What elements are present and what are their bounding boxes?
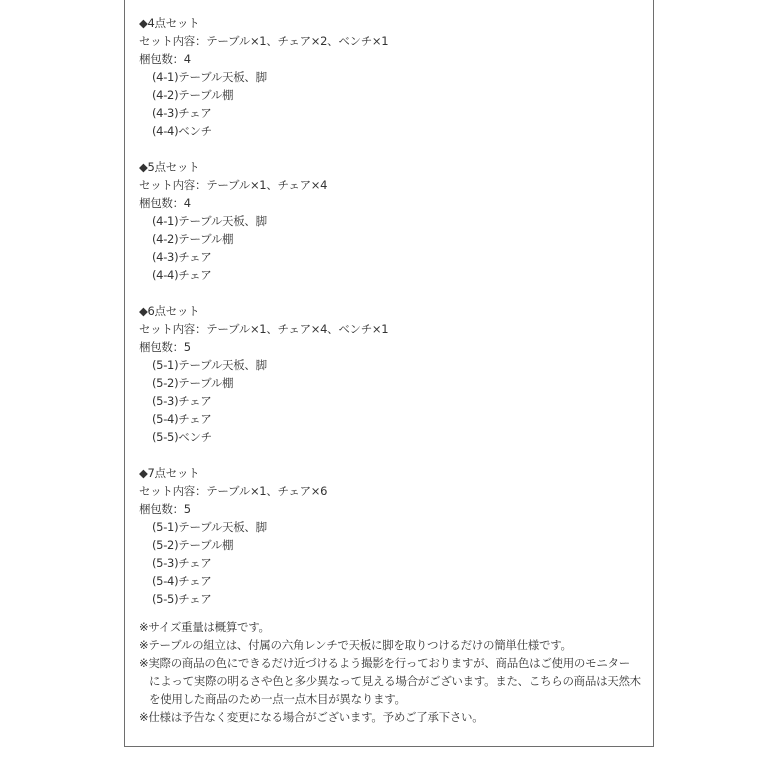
set-contents: セット内容：テーブル×1、チェア×2、ベンチ×1 xyxy=(139,32,645,50)
package-item: (5-4)チェア xyxy=(139,410,645,428)
set-title: ◆5点セット xyxy=(139,158,645,176)
note-color-cont: によって実際の明るさや色と多少異なって見える場合がございます。また、こちらの商品… xyxy=(139,672,645,690)
set-contents: セット内容：テーブル×1、チェア×4、ベンチ×1 xyxy=(139,320,645,338)
package-item: (5-5)ベンチ xyxy=(139,428,645,446)
package-item: (4-1)テーブル天板、脚 xyxy=(139,68,645,86)
notes-section: ※サイズ重量は概算です。 ※テーブルの組立は、付属の六角レンチで天板に脚を取りつ… xyxy=(139,618,645,726)
set-packages: 梱包数：5 xyxy=(139,338,645,356)
package-item: (4-1)テーブル天板、脚 xyxy=(139,212,645,230)
set-title: ◆7点セット xyxy=(139,464,645,482)
package-item: (5-3)チェア xyxy=(139,392,645,410)
set-packages: 梱包数：4 xyxy=(139,194,645,212)
set-contents: セット内容：テーブル×1、チェア×6 xyxy=(139,482,645,500)
spec-box: ◆4点セット セット内容：テーブル×1、チェア×2、ベンチ×1 梱包数：4 (4… xyxy=(124,0,654,747)
set-block-6pc: ◆6点セット セット内容：テーブル×1、チェア×4、ベンチ×1 梱包数：5 (5… xyxy=(139,302,645,446)
package-item: (5-1)テーブル天板、脚 xyxy=(139,518,645,536)
package-item: (4-3)チェア xyxy=(139,248,645,266)
package-item: (4-2)テーブル棚 xyxy=(139,230,645,248)
set-packages: 梱包数：4 xyxy=(139,50,645,68)
package-item: (5-2)テーブル棚 xyxy=(139,374,645,392)
set-packages: 梱包数：5 xyxy=(139,500,645,518)
package-item: (4-4)チェア xyxy=(139,266,645,284)
package-item: (5-5)チェア xyxy=(139,590,645,608)
package-item: (4-3)チェア xyxy=(139,104,645,122)
set-title: ◆4点セット xyxy=(139,14,645,32)
set-block-4pc: ◆4点セット セット内容：テーブル×1、チェア×2、ベンチ×1 梱包数：4 (4… xyxy=(139,14,645,140)
package-item: (5-1)テーブル天板、脚 xyxy=(139,356,645,374)
set-block-5pc: ◆5点セット セット内容：テーブル×1、チェア×4 梱包数：4 (4-1)テーブ… xyxy=(139,158,645,284)
package-item: (5-3)チェア xyxy=(139,554,645,572)
set-title: ◆6点セット xyxy=(139,302,645,320)
set-contents: セット内容：テーブル×1、チェア×4 xyxy=(139,176,645,194)
note-weight: ※サイズ重量は概算です。 xyxy=(139,618,645,636)
note-color: ※実際の商品の色にできるだけ近づけるよう撮影を行っておりますが、商品色はご使用の… xyxy=(139,654,645,672)
package-item: (5-2)テーブル棚 xyxy=(139,536,645,554)
package-item: (5-4)チェア xyxy=(139,572,645,590)
spec-content: ◆4点セット セット内容：テーブル×1、チェア×2、ベンチ×1 梱包数：4 (4… xyxy=(139,14,645,726)
note-assembly: ※テーブルの組立は、付属の六角レンチで天板に脚を取りつけるだけの簡単仕様です。 xyxy=(139,636,645,654)
note-color-cont: を使用した商品のため一点一点木目が異なります。 xyxy=(139,690,645,708)
package-item: (4-4)ベンチ xyxy=(139,122,645,140)
note-spec-change: ※仕様は予告なく変更になる場合がございます。予めご了承下さい。 xyxy=(139,708,645,726)
set-block-7pc: ◆7点セット セット内容：テーブル×1、チェア×6 梱包数：5 (5-1)テーブ… xyxy=(139,464,645,608)
package-item: (4-2)テーブル棚 xyxy=(139,86,645,104)
